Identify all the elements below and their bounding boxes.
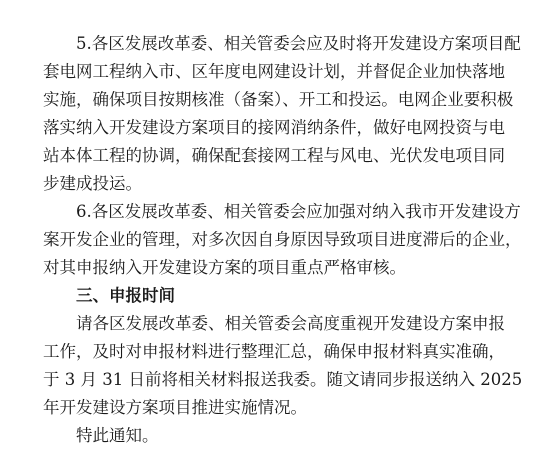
text-line: 年开发建设方案项目推进实施情况。 xyxy=(43,394,465,422)
text-line: 步建成投运。 xyxy=(43,170,465,198)
text-line: 请各区发展改革委、相关管委会高度重视开发建设方案申报 xyxy=(43,310,465,338)
document-body: 5.各区发展改革委、相关管委会应及时将开发建设方案项目配 套电网工程纳入市、区年… xyxy=(43,30,465,450)
text-line: 5.各区发展改革委、相关管委会应及时将开发建设方案项目配 xyxy=(43,30,465,58)
paragraph-item-5: 5.各区发展改革委、相关管委会应及时将开发建设方案项目配 套电网工程纳入市、区年… xyxy=(43,30,465,198)
text-line: 实施，确保项目按期核准（备案）、开工和投运。电网企业要积极 xyxy=(43,86,465,114)
text-line: 6.各区发展改革委、相关管委会应加强对纳入我市开发建设方 xyxy=(43,198,465,226)
text-line: 工作，及时对申报材料进行整理汇总，确保申报材料真实准确， xyxy=(43,338,465,366)
text-line: 案开发企业的管理，对多次因自身原因导致项目进度滞后的企业， xyxy=(43,226,465,254)
text-line: 套电网工程纳入市、区年度电网建设计划，并督促企业加快落地 xyxy=(43,58,465,86)
text-line: 于 3 月 31 日前将相关材料报送我委。随文请同步报送纳入 2025 xyxy=(43,366,465,394)
text-line: 站本体工程的协调，确保配套接网工程与风电、光伏发电项目同 xyxy=(43,142,465,170)
text-line: 对其申报纳入开发建设方案的项目重点严格审核。 xyxy=(43,254,465,282)
paragraph-submission-time: 请各区发展改革委、相关管委会高度重视开发建设方案申报 工作，及时对申报材料进行整… xyxy=(43,310,465,422)
section-heading: 三、申报时间 xyxy=(43,282,465,310)
paragraph-item-6: 6.各区发展改革委、相关管委会应加强对纳入我市开发建设方 案开发企业的管理，对多… xyxy=(43,198,465,282)
closing-text: 特此通知。 xyxy=(43,422,465,450)
text-line: 落实纳入开发建设方案项目的接网消纳条件，做好电网投资与电 xyxy=(43,114,465,142)
